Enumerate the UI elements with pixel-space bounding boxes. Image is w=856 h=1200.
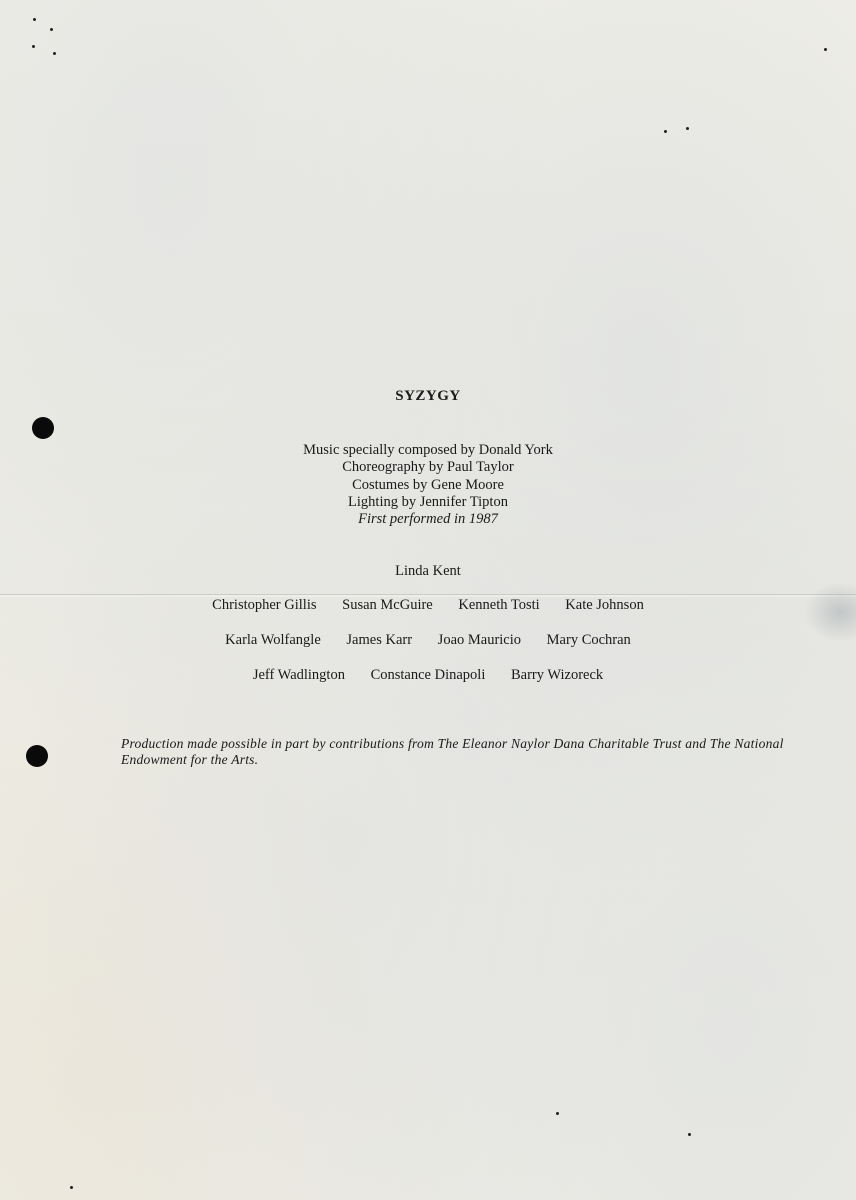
cast-member: Kenneth Tosti bbox=[458, 597, 539, 614]
credit-music: Music specially composed by Donald York bbox=[0, 442, 856, 459]
cast-member: Barry Wizoreck bbox=[511, 667, 603, 684]
cast-member: Jeff Wadlington bbox=[253, 667, 345, 684]
production-credits: Music specially composed by Donald York … bbox=[0, 442, 856, 528]
work-title: SYZYGY bbox=[0, 388, 856, 405]
credit-choreography: Choreography by Paul Taylor bbox=[0, 459, 856, 476]
paper-speck bbox=[664, 130, 667, 133]
paper-speck bbox=[824, 48, 827, 51]
punch-hole-bottom bbox=[26, 745, 48, 767]
cast-member: Karla Wolfangle bbox=[225, 632, 321, 649]
cast-member: Joao Mauricio bbox=[438, 632, 521, 649]
paper-speck bbox=[33, 18, 36, 21]
principal-dancer: Linda Kent bbox=[0, 563, 856, 580]
premiere-note: First performed in 1987 bbox=[0, 511, 856, 528]
credit-lighting: Lighting by Jennifer Tipton bbox=[0, 494, 856, 511]
paper-speck bbox=[688, 1133, 691, 1136]
paper-speck bbox=[53, 52, 56, 55]
credit-costumes: Costumes by Gene Moore bbox=[0, 477, 856, 494]
cast-member: Constance Dinapoli bbox=[371, 667, 486, 684]
punch-hole-top bbox=[32, 417, 54, 439]
cast-member: Christopher Gillis bbox=[212, 597, 316, 614]
cast-member: Kate Johnson bbox=[565, 597, 644, 614]
cast-row: Jeff Wadlington Constance Dinapoli Barry… bbox=[0, 667, 856, 684]
cast-row: Christopher Gillis Susan McGuire Kenneth… bbox=[0, 597, 856, 614]
funding-acknowledgment: Production made possible in part by cont… bbox=[121, 736, 801, 768]
paper-speck bbox=[50, 28, 53, 31]
paper-speck bbox=[70, 1186, 73, 1189]
paper-speck bbox=[32, 45, 35, 48]
cast-member: James Karr bbox=[346, 632, 412, 649]
cast-row: Karla Wolfangle James Karr Joao Mauricio… bbox=[0, 632, 856, 649]
cast-member: Susan McGuire bbox=[342, 597, 433, 614]
paper-speck bbox=[686, 127, 689, 130]
cast-member: Mary Cochran bbox=[547, 632, 631, 649]
paper-speck bbox=[556, 1112, 559, 1115]
